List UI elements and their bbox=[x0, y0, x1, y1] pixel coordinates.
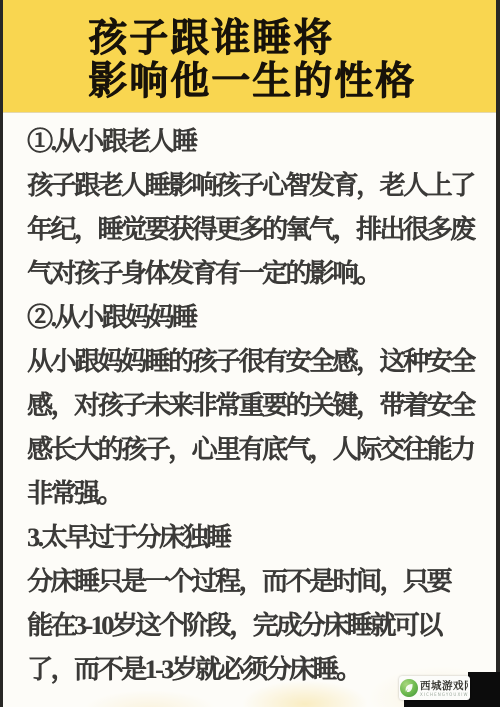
section-3-heading: 3.太早过于分床独睡 bbox=[27, 516, 500, 560]
section-1-heading: ①.从小跟老人睡 bbox=[27, 120, 500, 164]
watermark-text-group: 西城游戏网 XICHENGYOUXIWANG bbox=[420, 680, 468, 697]
photo-edge-left bbox=[0, 0, 3, 707]
leaf-icon bbox=[400, 679, 418, 697]
section-2-heading: ②.从小跟妈妈睡 bbox=[27, 296, 500, 340]
photo-edge-right bbox=[496, 0, 500, 707]
text-line: 气对孩子身体发育有一定的影响。 bbox=[27, 252, 500, 296]
text-line: 能在3-10岁这个阶段，完成分床睡就可以 bbox=[27, 604, 500, 648]
text-line: 从小跟妈妈睡的孩子很有安全感，这种安全 bbox=[27, 340, 500, 384]
text-line: 孩子跟老人睡影响孩子心智发育，老人上了 bbox=[27, 164, 500, 208]
article-body: ①.从小跟老人睡 孩子跟老人睡影响孩子心智发育，老人上了 年纪，睡觉要获得更多的… bbox=[0, 112, 500, 692]
text-line: 非常强。 bbox=[27, 472, 500, 516]
text-line: 感长大的孩子，心里有底气，人际交往能力 bbox=[27, 428, 500, 472]
text-line: 分床睡只是一个过程，而不是时间，只要 bbox=[27, 560, 500, 604]
text-line: 年纪，睡觉要获得更多的氧气，排出很多废 bbox=[27, 208, 500, 252]
watermark-caption: XICHENGYOUXIWANG bbox=[420, 692, 468, 697]
text-line: 感，对孩子未来非常重要的关键，带着安全 bbox=[27, 384, 500, 428]
watermark-site-name: 西城游戏网 bbox=[420, 680, 468, 692]
title-line-2: 影响他一生的性格 bbox=[88, 60, 500, 103]
text-card-image: 孩子跟谁睡将 影响他一生的性格 ①.从小跟老人睡 孩子跟老人睡影响孩子心智发育，… bbox=[0, 0, 500, 707]
title-line-1: 孩子跟谁睡将 bbox=[88, 17, 500, 60]
header-band: 孩子跟谁睡将 影响他一生的性格 bbox=[0, 0, 500, 112]
page-title: 孩子跟谁睡将 影响他一生的性格 bbox=[0, 0, 500, 103]
watermark-badge: 西城游戏网 XICHENGYOUXIWANG bbox=[399, 676, 470, 700]
